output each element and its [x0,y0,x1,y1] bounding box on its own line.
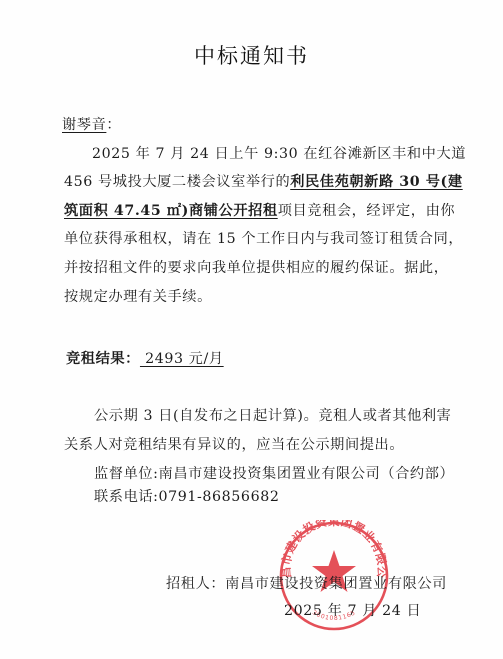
recipient-colon: ： [106,117,121,133]
lessor-signature: 招租人：南昌市建设投资集团置业有限公司 [166,573,447,593]
notice-document: 中标通知书 谢琴音： 2025 年 7 月 24 日上午 9:30 在红谷滩新区… [0,0,503,659]
document-title: 中标通知书 [0,40,503,70]
publicity-line-2: 关系人对竞租结果有异议的，应当在公示期间提出。 [64,434,404,454]
recipient-name: 谢琴音 [62,117,106,133]
body-line-3: 筑面积 47.45 ㎡)商铺公开招租项目竞租会，经评定，由你 [64,200,455,220]
signature-date: 2025 年 7 月 24 日 [284,600,421,620]
publicity-line-1: 公示期 3 日(自发布之日起计算)。竞租人或者其他利害 [94,405,451,425]
body-line-6: 按规定办理有关手续。 [64,286,212,306]
venue-text: 456 号城投大厦二楼会议室举行的 [64,174,290,190]
project-name-part2: 筑面积 47.45 ㎡)商铺公开招租 [64,203,278,219]
supervisor-line: 监督单位:南昌市建设投资集团置业有限公司（合约部） [94,463,454,483]
svg-text:南昌市建设投资集团置业有限公司: 南昌市建设投资集团置业有限公司 [278,520,389,579]
recipient-line: 谢琴音： [62,114,121,134]
project-name-part1: 利民佳苑朝新路 30 号(建 [290,174,462,190]
result-line: 竞租结果： 2493 元/月 [66,348,232,368]
body-line-1: 2025 年 7 月 24 日上午 9:30 在红谷滩新区丰和中大道 [92,143,466,163]
evaluation-text: 项目竞租会，经评定，由你 [278,203,455,219]
body-line-2: 456 号城投大厦二楼会议室举行的利民佳苑朝新路 30 号(建 [64,171,463,191]
result-label: 竞租结果： [66,351,140,367]
result-value: 2493 元/月 [140,351,232,367]
body-line-5: 并按招租文件的要求向我单位提供相应的履约保证。据此， [64,257,448,277]
body-line-4: 单位获得承租权，请在 15 个工作日内与我司签订租赁合同， [64,228,463,248]
contact-phone-line: 联系电话:0791-86856682 [94,486,279,506]
